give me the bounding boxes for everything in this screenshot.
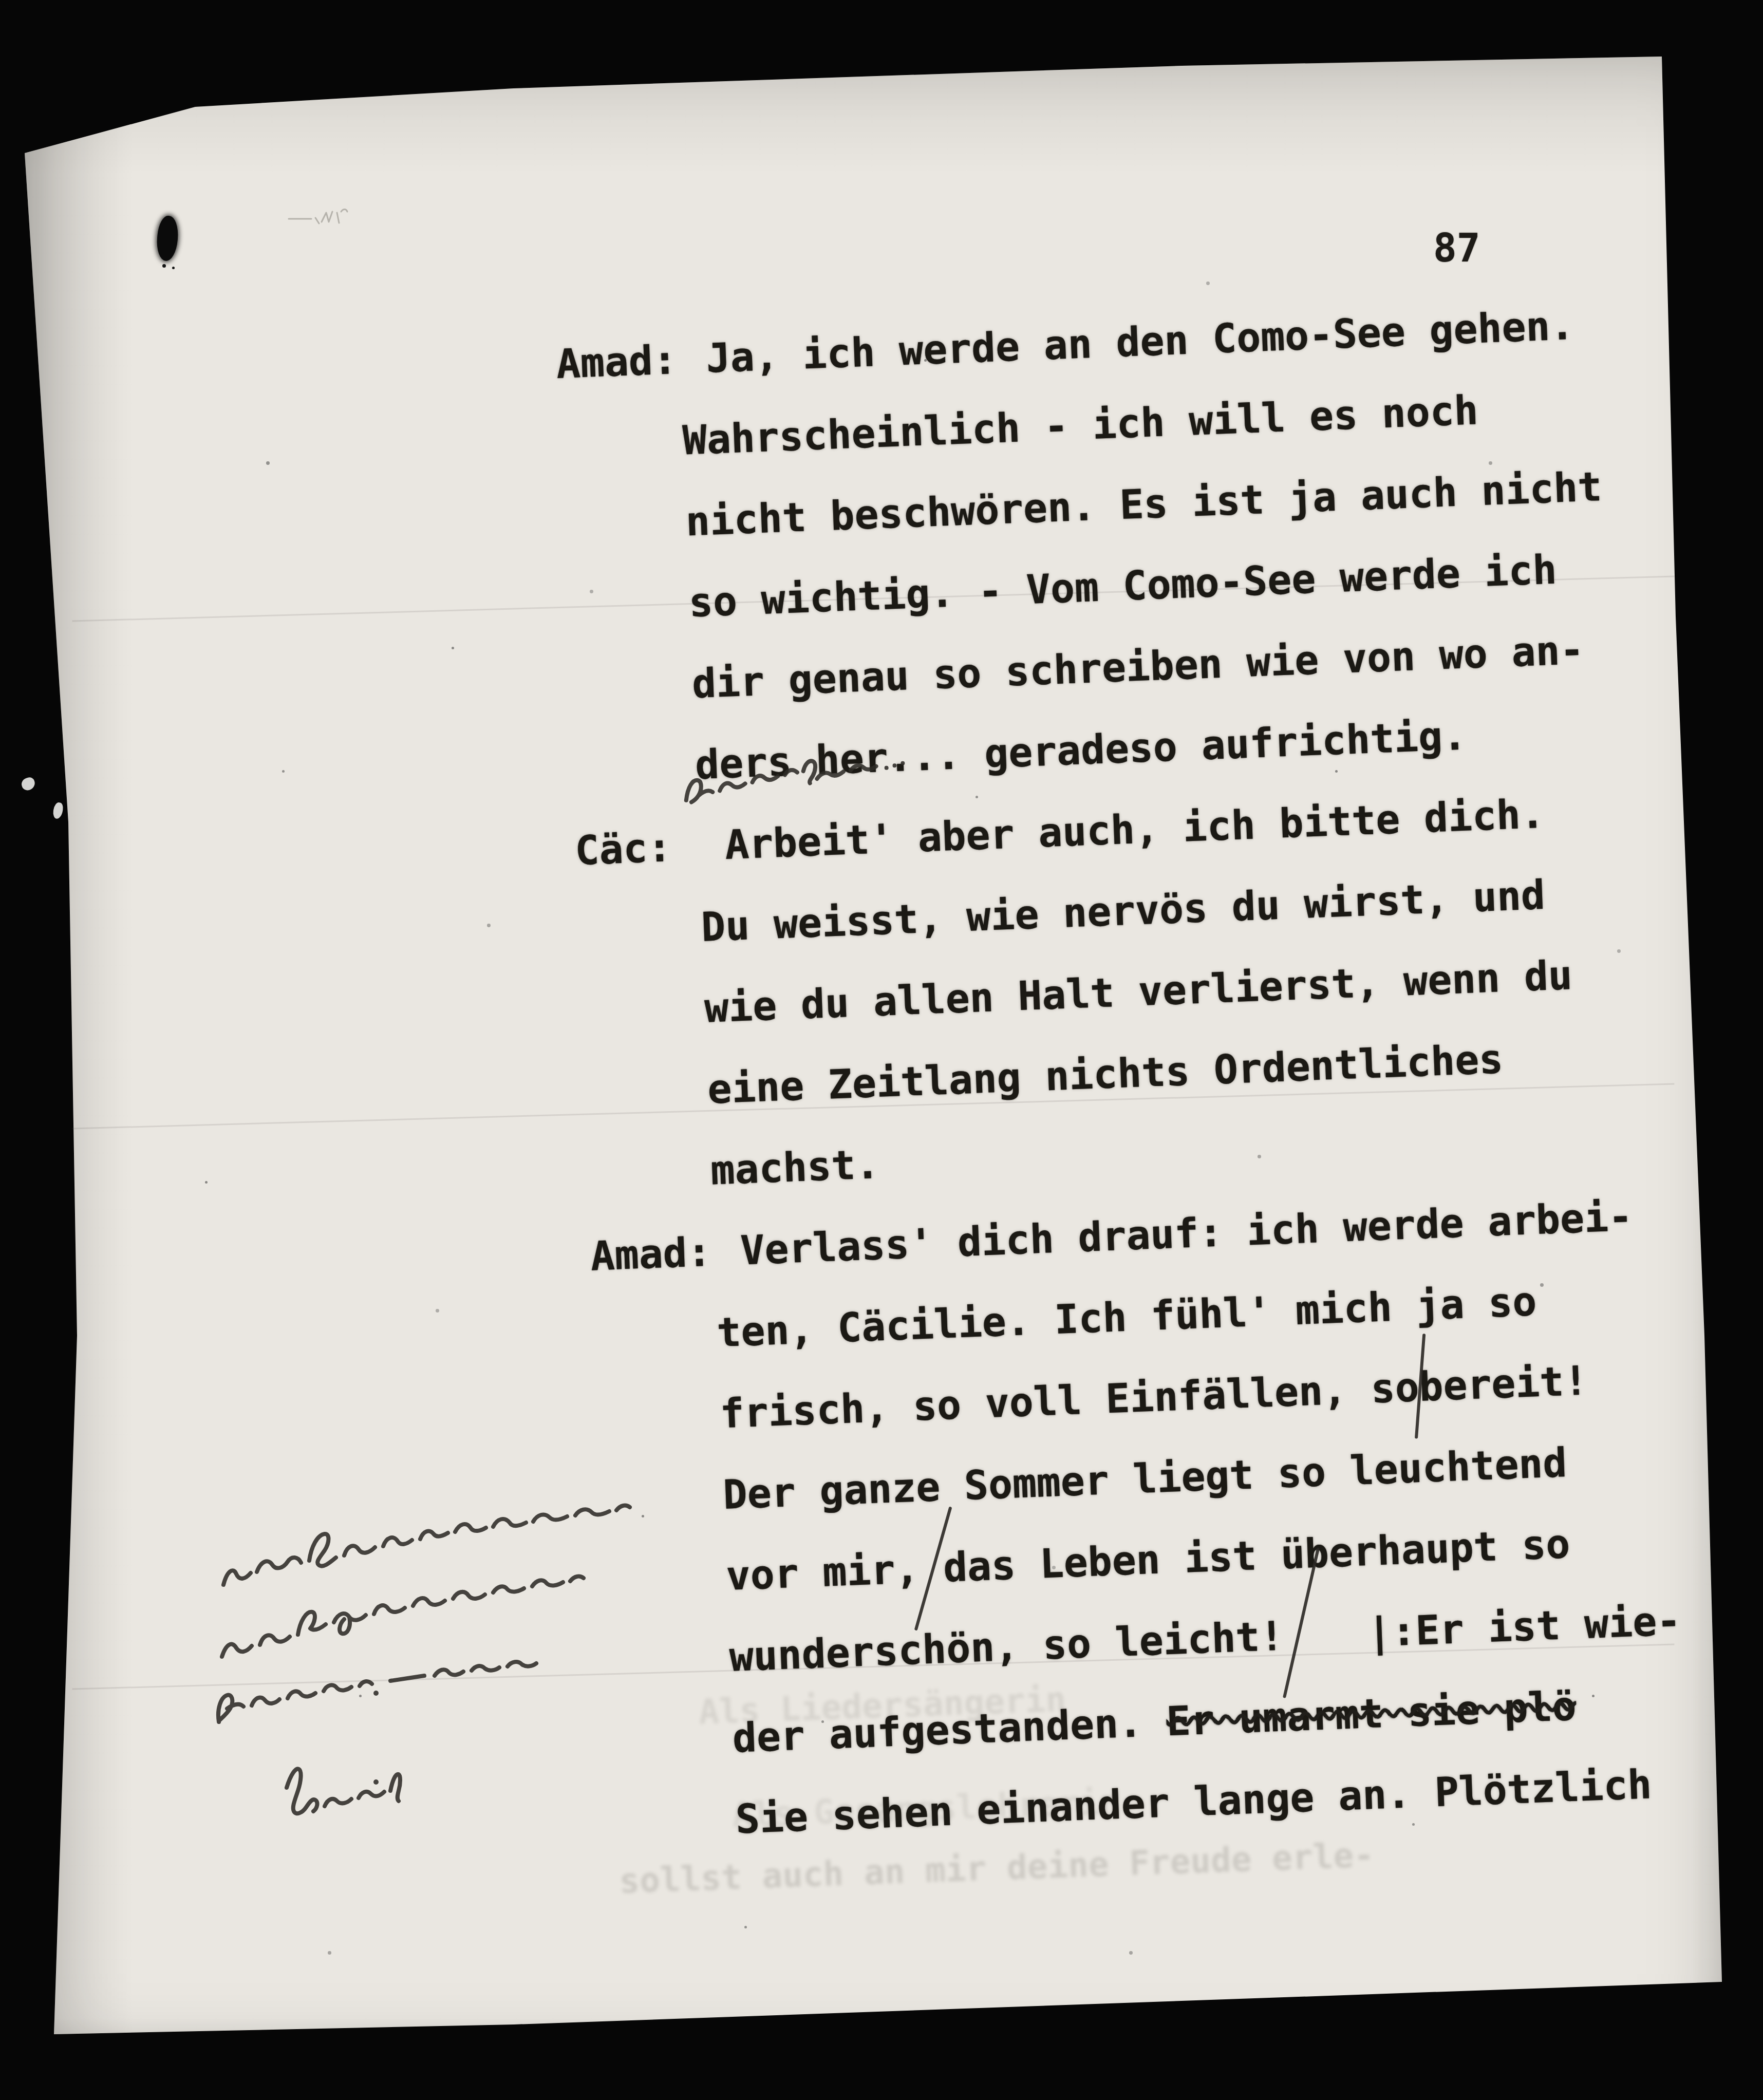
dialogue-text: wunderschön, so leicht! — [728, 1613, 1285, 1680]
speaker-label: Amad: — [555, 337, 678, 388]
dialogue-text: Ja, ich werde an den Como-See gehen. — [705, 303, 1575, 382]
dialogue-text: wie du allen Halt verlierst, wenn du — [704, 952, 1573, 1032]
typed-dialogue: Amad:Ja, ich werde an den Como-See gehen… — [555, 279, 1763, 1935]
dust-speck — [52, 802, 64, 819]
dialogue-text: Wahrscheinlich - ich will es noch — [682, 387, 1479, 464]
speaker-label: Amad: — [590, 1229, 712, 1280]
ink-speck — [162, 264, 166, 268]
dust-speck — [20, 776, 36, 792]
dialogue-text: vor mir, das Leben ist überhaupt so — [725, 1521, 1571, 1600]
dialogue-text: Sie sehen einander lange an. Plötzlich — [735, 1761, 1653, 1843]
dialogue-text: eine Zeitlang nichts Ordentliches — [707, 1036, 1504, 1113]
page-number: 87 — [1433, 225, 1480, 271]
dialogue-text: frisch, so voll Einfällen, sobereit! — [719, 1358, 1589, 1437]
handwritten-interlinear-note — [679, 744, 917, 815]
speaker-label: Cäc: — [574, 824, 672, 874]
pencil-scribble — [288, 205, 370, 231]
dialogue-text: dir genau so schreiben wie von wo an- — [691, 627, 1585, 708]
dialogue-text: der aufgestanden. — [732, 1699, 1167, 1761]
dialogue-text: ten, Cäcilie. Ich fühl' mich ja so — [716, 1279, 1537, 1356]
dialogue-text: nicht beschwören. Es ist ja auch nicht — [685, 464, 1603, 545]
scanned-manuscript-page: Als Liedersängerin Als Gesangslehrerin s… — [0, 0, 1763, 2100]
handwritten-margin-note — [195, 1485, 668, 1885]
paper-speckles — [0, 0, 2, 2]
dialogue-text-insert: |:Er ist wie- — [1366, 1598, 1681, 1656]
struck-through-text: Er umarmt sie plö — [1166, 1683, 1577, 1746]
dialogue-text: machst. — [710, 1141, 880, 1194]
ink-speck — [172, 267, 175, 269]
dialogue-text: so wichtig. - Vom Como-See werde ich — [688, 547, 1558, 627]
dialogue-text: Verlass' dich drauf: ich werde arbei- — [740, 1194, 1634, 1274]
dialogue-text: Du weisst, wie nervös du wirst, und — [701, 872, 1546, 951]
dialogue-text: Der ganze Sommer liegt so leuchtend — [722, 1440, 1568, 1518]
